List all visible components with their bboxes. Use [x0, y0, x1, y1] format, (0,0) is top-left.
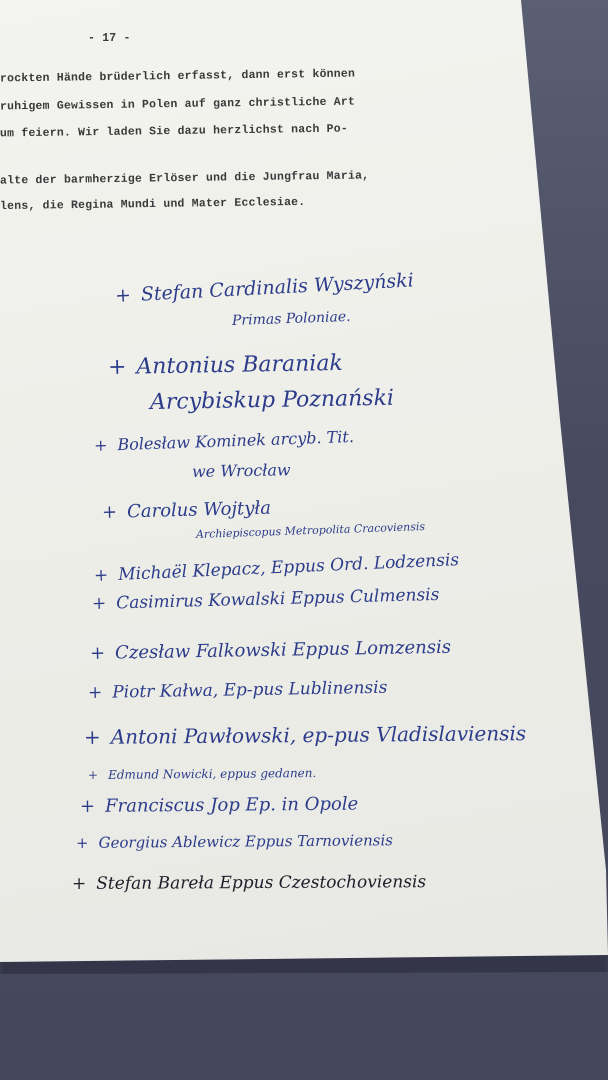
signature-text: Antonius Baraniak	[136, 351, 343, 380]
signature-baraniak: +Antonius Baraniak	[108, 351, 343, 380]
cross-mark: +	[72, 874, 86, 894]
cross-mark: +	[114, 284, 131, 307]
signature-jop: +Franciscus Jop Ep. in Opole	[80, 794, 358, 817]
signature-text: Piotr Kałwa, Ep-pus Lublinensis	[112, 678, 387, 703]
signature-text: Stefan Bareła Eppus Czestochoviensis	[96, 872, 426, 894]
signature-kowalski: +Casimirus Kowalski Eppus Culmensis	[92, 585, 440, 614]
signature-text: we Wrocław	[192, 460, 291, 481]
cross-mark: +	[92, 594, 107, 614]
signature-title-poznanski: Arcybiskup Poznański	[150, 386, 394, 415]
cross-mark: +	[102, 502, 118, 523]
signature-wyszynski: +Stefan Cardinalis Wyszyński	[114, 269, 414, 307]
cross-mark: +	[76, 834, 89, 852]
cross-mark: +	[80, 796, 95, 817]
signature-text: Georgius Ablewicz Eppus Tarnoviensis	[98, 831, 392, 852]
signature-falkowski: +Czesław Falkowski Eppus Lomzensis	[90, 637, 451, 664]
signature-title-cracoviensis: Archiepiscopus Metropolita Cracoviensis	[196, 520, 425, 541]
typed-line-2: ruhigem Gewissen in Polen auf ganz chris…	[0, 96, 355, 114]
signature-text: Primas Poloniae.	[232, 309, 351, 329]
document-page: - 17 - rockten Hände brüderlich erfasst,…	[0, 0, 608, 1080]
signature-text: Edmund Nowicki, eppus gedanen.	[108, 766, 316, 782]
cross-mark: +	[90, 643, 105, 664]
typed-line-4: alte der barmherzige Erlöser und die Jun…	[0, 169, 369, 187]
signature-text: Carolus Wojtyła	[127, 498, 271, 523]
signature-klepacz: +Michaël Klepacz, Eppus Ord. Lodzensis	[94, 550, 460, 586]
signature-nowicki: +Edmund Nowicki, eppus gedanen.	[88, 766, 316, 782]
signature-text: Arcybiskup Poznański	[150, 386, 394, 415]
signature-title-primas: Primas Poloniae.	[232, 309, 351, 329]
signature-pawlowski: +Antoni Pawłowski, ep-pus Vladislaviensi…	[84, 721, 526, 749]
signature-text: Casimirus Kowalski Eppus Culmensis	[116, 585, 440, 613]
signature-text: Czesław Falkowski Eppus Lomzensis	[115, 637, 451, 664]
signature-text: Stefan Cardinalis Wyszyński	[140, 269, 414, 305]
typed-line-1: rockten Hände brüderlich erfasst, dann e…	[0, 68, 355, 86]
signature-ablewicz: +Georgius Ablewicz Eppus Tarnoviensis	[76, 831, 393, 852]
typed-line-3: um feiern. Wir laden Sie dazu herzlichst…	[0, 123, 348, 141]
signature-wojtyla: +Carolus Wojtyła	[102, 498, 272, 523]
signature-text: Franciscus Jop Ep. in Opole	[105, 794, 358, 817]
signature-barela: +Stefan Bareła Eppus Czestochoviensis	[72, 872, 426, 894]
photo-scene: - 17 - rockten Hände brüderlich erfasst,…	[0, 0, 608, 1080]
typed-line-5: lens, die Regina Mundi und Mater Ecclesi…	[0, 196, 305, 213]
signature-text: Michaël Klepacz, Eppus Ord. Lodzensis	[118, 550, 460, 585]
signature-kominek: +Bolesław Kominek arcyb. Tit.	[94, 427, 355, 455]
page-number: - 17 -	[88, 32, 131, 45]
signature-text: Bolesław Kominek arcyb. Tit.	[117, 427, 354, 454]
signature-text: Antoni Pawłowski, ep-pus Vladislaviensis	[111, 721, 527, 749]
cross-mark: +	[88, 768, 98, 782]
cross-mark: +	[84, 725, 101, 749]
cross-mark: +	[88, 683, 103, 703]
signature-text: Archiepiscopus Metropolita Cracoviensis	[196, 520, 425, 541]
signature-kalwa: +Piotr Kałwa, Ep-pus Lublinensis	[88, 678, 388, 703]
cross-mark: +	[94, 436, 108, 455]
cross-mark: +	[94, 565, 109, 586]
cross-mark: +	[108, 355, 127, 380]
signature-title-wroclaw: we Wrocław	[192, 460, 291, 481]
